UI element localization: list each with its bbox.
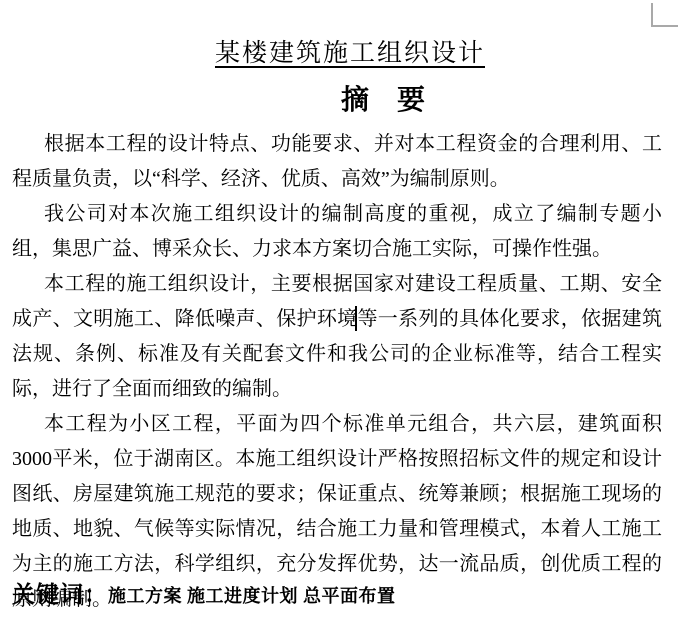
paragraph-2[interactable]: 我公司对本次施工组织设计的编制高度的重视，成立了编制专题小组，集思广益、博采众长…	[12, 197, 662, 267]
text-boundary-corner-mark	[651, 3, 678, 27]
paragraph-3[interactable]: 本工程的施工组织设计，主要根据国家对建设工程质量、工期、安全成产、文明施工、降低…	[12, 267, 662, 407]
text-cursor	[355, 306, 357, 331]
keywords-line[interactable]: 关键词：施工方案 施工进度计划 总平面布置	[12, 576, 662, 609]
document-page[interactable]: 某楼建筑施工组织设计 摘 要 根据本工程的设计特点、功能要求、并对本工程资金的合…	[0, 0, 700, 633]
document-body[interactable]: 根据本工程的设计特点、功能要求、并对本工程资金的合理利用、工程质量负责，以“科学…	[12, 127, 662, 617]
abstract-heading[interactable]: 摘 要	[0, 78, 700, 118]
document-title[interactable]: 某楼建筑施工组织设计	[0, 33, 700, 69]
paragraph-1[interactable]: 根据本工程的设计特点、功能要求、并对本工程资金的合理利用、工程质量负责，以“科学…	[12, 127, 662, 197]
keywords-label: 关键词：	[12, 582, 108, 607]
keywords-text: 施工方案 施工进度计划 总平面布置	[108, 586, 396, 606]
